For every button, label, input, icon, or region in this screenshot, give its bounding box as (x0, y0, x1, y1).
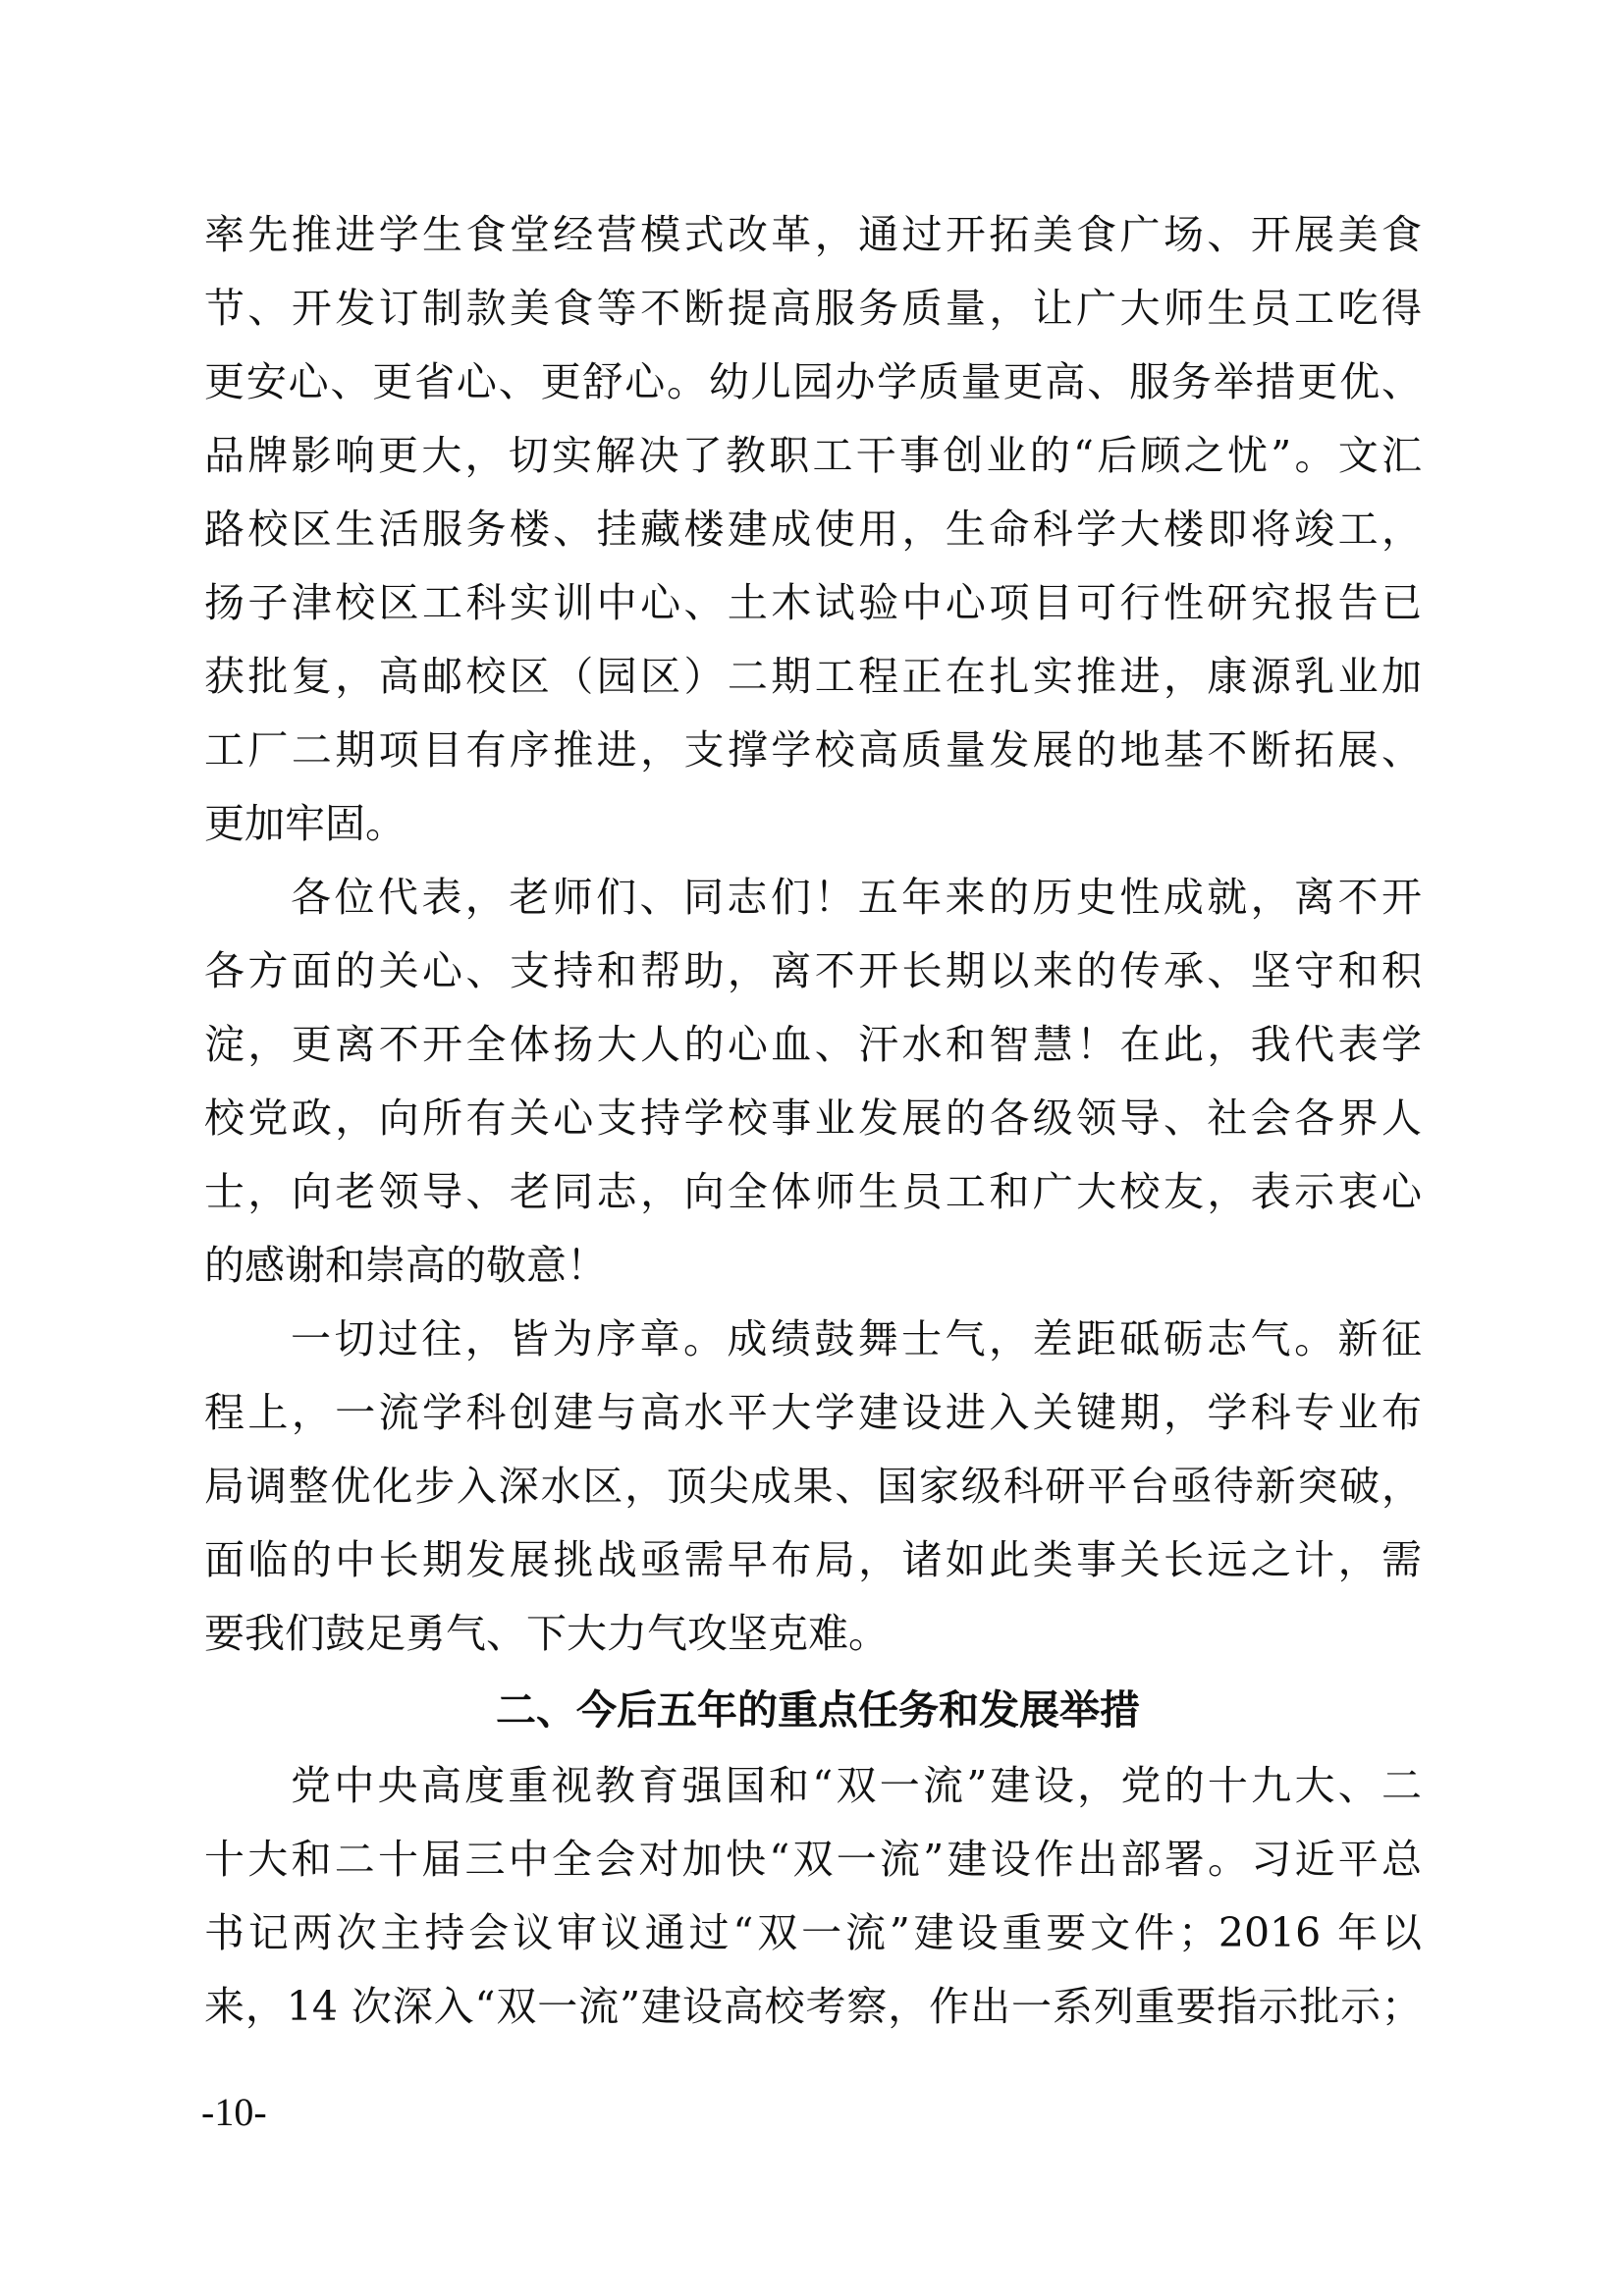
body-text: 率先推进学生食堂经营模式改革，通过开拓美食广场、开展美食 节、开发订制款美食等不… (204, 198, 1422, 2044)
text-line: 各位代表，老师们、同志们！五年来的历史性成就，离不开 (204, 861, 1422, 934)
text-line: 节、开发订制款美食等不断提高服务质量，让广大师生员工吃得 (204, 272, 1422, 346)
section-heading: 二、今后五年的重点任务和发展举措 (214, 1671, 1422, 1749)
text-line: 的感谢和崇高的敬意！ (204, 1229, 1422, 1303)
text-line: 更安心、更省心、更舒心。幼儿园办学质量更高、服务举措更优、 (204, 346, 1422, 419)
paragraph-3: 一切过往，皆为序章。成绩鼓舞士气，差距砥砺志气。新征 程上，一流学科创建与高水平… (204, 1303, 1422, 1671)
text-line: 率先推进学生食堂经营模式改革，通过开拓美食广场、开展美食 (204, 198, 1422, 272)
text-line: 品牌影响更大，切实解决了教职工干事创业的“后顾之忧”。文汇 (204, 419, 1422, 493)
text-line: 局调整优化步入深水区，顶尖成果、国家级科研平台亟待新突破， (204, 1450, 1422, 1523)
text-line: 十大和二十届三中全会对加快“双一流”建设作出部署。习近平总 (204, 1823, 1422, 1896)
paragraph-2: 各位代表，老师们、同志们！五年来的历史性成就，离不开 各方面的关心、支持和帮助，… (204, 861, 1422, 1303)
text-line: 程上，一流学科创建与高水平大学建设进入关键期，学科专业布 (204, 1376, 1422, 1450)
page-number: -10- (201, 2089, 267, 2136)
section-paragraph: 党中央高度重视教育强国和“双一流”建设，党的十九大、二 十大和二十届三中全会对加… (204, 1749, 1422, 2044)
text-line: 士，向老领导、老同志，向全体师生员工和广大校友，表示衷心 (204, 1155, 1422, 1229)
paragraph-1: 率先推进学生食堂经营模式改革，通过开拓美食广场、开展美食 节、开发订制款美食等不… (204, 198, 1422, 861)
text-line: 党中央高度重视教育强国和“双一流”建设，党的十九大、二 (204, 1749, 1422, 1823)
text-line: 扬子津校区工科实训中心、土木试验中心项目可行性研究报告已 (204, 566, 1422, 640)
text-line: 来，14 次深入“双一流”建设高校考察，作出一系列重要指示批示； (204, 1970, 1422, 2044)
text-line: 面临的中长期发展挑战亟需早布局，诸如此类事关长远之计，需 (204, 1523, 1422, 1597)
text-line: 校党政，向所有关心支持学校事业发展的各级领导、社会各界人 (204, 1082, 1422, 1155)
text-line: 淀，更离不开全体扬大人的心血、汗水和智慧！在此，我代表学 (204, 1008, 1422, 1082)
text-line: 书记两次主持会议审议通过“双一流”建设重要文件；2016 年以 (204, 1896, 1422, 1970)
text-line: 工厂二期项目有序推进，支撑学校高质量发展的地基不断拓展、 (204, 714, 1422, 787)
text-line: 要我们鼓足勇气、下大力气攻坚克难。 (204, 1597, 1422, 1671)
text-line: 路校区生活服务楼、挂藏楼建成使用，生命科学大楼即将竣工， (204, 493, 1422, 566)
text-line: 获批复，高邮校区（园区）二期工程正在扎实推进，康源乳业加 (204, 640, 1422, 714)
text-line: 各方面的关心、支持和帮助，离不开长期以来的传承、坚守和积 (204, 934, 1422, 1008)
text-line: 更加牢固。 (204, 787, 1422, 861)
text-line: 一切过往，皆为序章。成绩鼓舞士气，差距砥砺志气。新征 (204, 1303, 1422, 1376)
document-page: 率先推进学生食堂经营模式改革，通过开拓美食广场、开展美食 节、开发订制款美食等不… (0, 0, 1624, 2296)
